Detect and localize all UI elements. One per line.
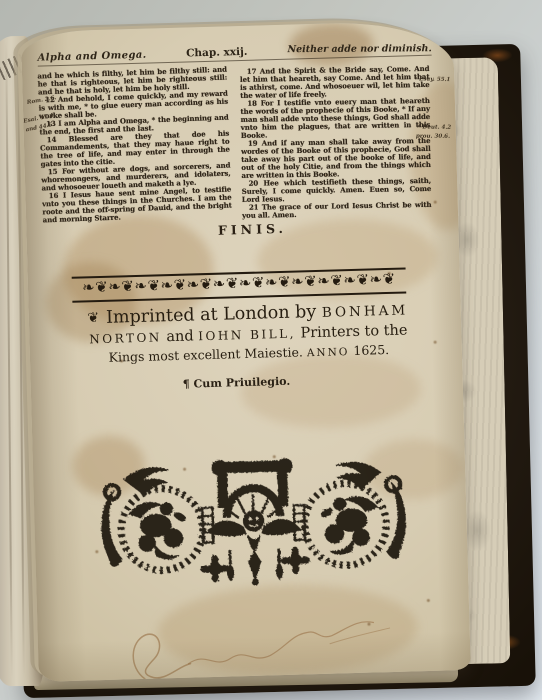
- verse-text: 18 For I testifie vnto euery man that he…: [240, 97, 430, 140]
- printer-name: BONHAM: [322, 302, 409, 320]
- woodcut-ornament-graphic: [93, 447, 415, 594]
- imprint-text: Kings most excellent Maiestie.: [108, 344, 303, 364]
- printer-name: IOHN BILL,: [198, 327, 296, 344]
- fleuron-icon: ❦: [87, 310, 99, 326]
- margin-note: * Deut. 4.2: [418, 125, 452, 131]
- margin-note: prou. 30.6.: [416, 134, 450, 140]
- scripture-columns: and he which is filthy, let him be filth…: [38, 61, 432, 224]
- chapter-heading: Chap. xxij.: [186, 46, 248, 60]
- verse-text: 19 And if any man shall take away from t…: [240, 137, 430, 180]
- running-head-right: Neither adde nor diminish.: [287, 43, 431, 55]
- printer-name: NORTON: [89, 330, 162, 346]
- photograph-of-open-book: Alpha and Omega. Chap. xxij. Neither add…: [0, 0, 542, 700]
- running-head-left: Alpha and Omega.: [37, 50, 146, 64]
- imprint-text: Printers to the: [300, 322, 407, 341]
- book-page-colophon: Alpha and Omega. Chap. xxij. Neither add…: [21, 20, 471, 682]
- margin-note: * Esay. 55.1: [414, 76, 450, 83]
- left-text-column: and he which is filthy, let him be filth…: [37, 66, 232, 225]
- right-text-column: 17 And the Spirit & the Bride say, Come.…: [239, 65, 431, 220]
- imprint-anno: ANNO: [307, 346, 350, 359]
- imprint-colophon: ❦Imprinted at London by BONHAM NORTON an…: [47, 298, 451, 369]
- imprint-text: and: [166, 328, 194, 345]
- handwriting-strokes: [121, 607, 423, 682]
- foxing-spot: [427, 599, 430, 602]
- foxing-spot: [434, 201, 437, 204]
- leaf-edge-line: [5, 42, 13, 678]
- verse-text: 16 I Iesus haue sent mine Angel, to test…: [42, 185, 233, 224]
- woodcut-ornament: [93, 447, 415, 594]
- verse-text: 17 And the Spirit & the Bride say, Come.…: [239, 65, 429, 100]
- handwritten-inscription: [121, 607, 423, 682]
- page-stains: [21, 20, 453, 32]
- imprint-year: 1625.: [353, 342, 389, 358]
